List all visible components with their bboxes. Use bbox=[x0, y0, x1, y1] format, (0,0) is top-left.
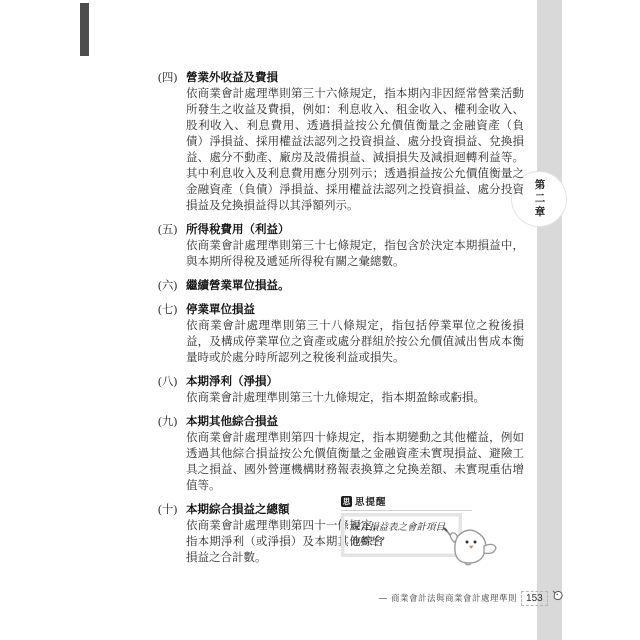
section: (八) 本期淨利（淨損） 依商業會計處理準則第三十九條規定，指本期盈餘或虧損。 bbox=[158, 374, 524, 406]
section-number: (十) bbox=[158, 502, 186, 518]
section-title: 停業單位損益 bbox=[186, 302, 255, 318]
section-number: (六) bbox=[158, 278, 186, 294]
reminder-label: 思提醒 bbox=[355, 494, 387, 508]
footer-chick-icon bbox=[552, 589, 564, 607]
chapter-side-band bbox=[537, 0, 562, 640]
section: (五) 所得稅費用（利益） 依商業會計處理準則第三十七條規定，指包含於決定本期損… bbox=[158, 222, 524, 270]
reminder-icon: 思 bbox=[341, 496, 352, 507]
chick-mascot-icon bbox=[438, 520, 500, 581]
section-title: 所得稅費用（利益） bbox=[186, 222, 290, 238]
section-title: 繼續營業單位損益。 bbox=[186, 278, 290, 294]
section-number: (八) bbox=[158, 374, 186, 390]
section-number: (四) bbox=[158, 70, 186, 86]
section-title: 本期其他綜合損益 bbox=[186, 414, 278, 430]
section-title: 本期綜合損益之總額 bbox=[186, 502, 290, 518]
section-number: (七) bbox=[158, 302, 186, 318]
page-footer: 商業會計法與商業會計處理準則 153 bbox=[379, 589, 564, 607]
footer-dash bbox=[379, 598, 387, 599]
section-body: 依商業會計處理準則第三十九條規定，指本期盈餘或虧損。 bbox=[186, 390, 524, 406]
section-number: (九) bbox=[158, 414, 186, 430]
section: (六) 繼續營業單位損益。 bbox=[158, 278, 524, 294]
page-number: 153 bbox=[521, 591, 548, 606]
print-registration-bar bbox=[80, 3, 89, 56]
book-page: 第二章 (四) 營業外收益及費損 依商業會計處理準則第三十六條規定，指本期內非因… bbox=[0, 0, 640, 640]
footer-book-title: 商業會計法與商業會計處理準則 bbox=[391, 592, 517, 604]
section-title: 本期淨利（淨損） bbox=[186, 374, 278, 390]
chapter-tab-label: 第二章 bbox=[532, 179, 547, 220]
section: (四) 營業外收益及費損 依商業會計處理準則第三十六條規定，指本期內非因經常營業… bbox=[158, 70, 524, 214]
section-body: 依商業會計處理準則第三十七條規定，指包含於決定本期損益中，與本期所得稅及遞延所得… bbox=[186, 238, 524, 270]
section: (七) 停業單位損益 依商業會計處理準則第三十八條規定，指包括停業單位之稅後損益… bbox=[158, 302, 524, 366]
section-body: 依商業會計處理準則第四十條規定，指本期變動之其他權益，例如透過其他綜合損益按公允… bbox=[186, 430, 524, 494]
section-body: 依商業會計處理準則第三十六條規定，指本期內非因經常營業活動所發生之收益及費損，例… bbox=[186, 86, 524, 214]
section: (九) 本期其他綜合損益 依商業會計處理準則第四十條規定，指本期變動之其他權益，… bbox=[158, 414, 524, 494]
reminder-question: 綜合損益表之會計項目有哪些？ bbox=[350, 523, 445, 547]
reminder-header: 思 思提醒 bbox=[341, 494, 472, 511]
section-number: (五) bbox=[158, 222, 186, 238]
section-title: 營業外收益及費損 bbox=[186, 70, 278, 86]
section-body: 依商業會計處理準則第三十八條規定，指包括停業單位之稅後損益，及構成停業單位之資產… bbox=[186, 318, 524, 366]
